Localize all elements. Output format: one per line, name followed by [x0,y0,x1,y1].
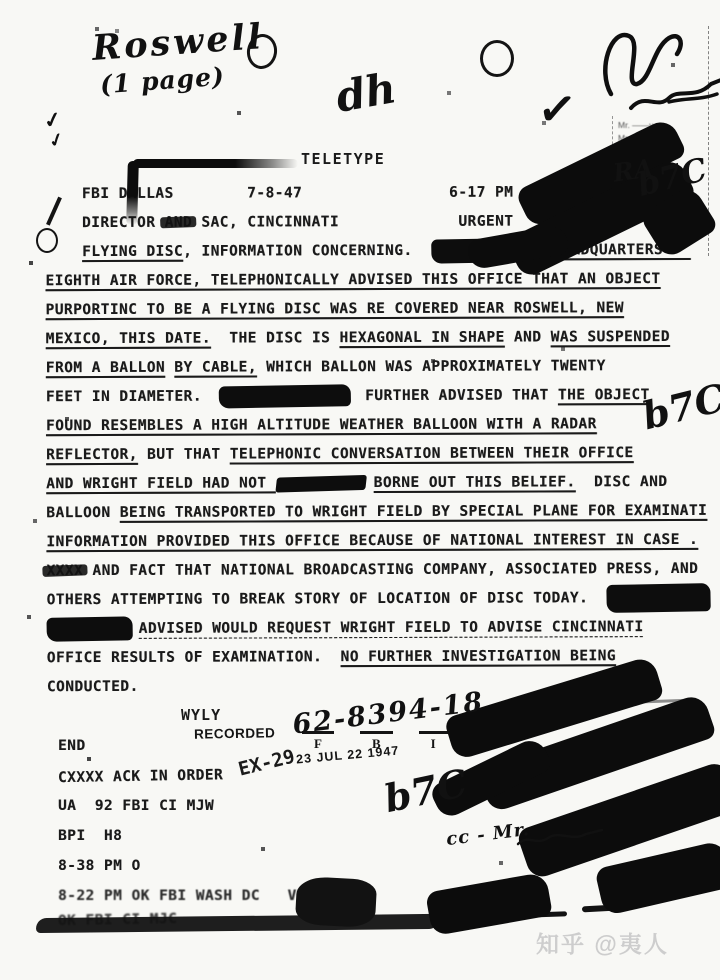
text-segment: NO FURTHER INVESTIGATION BEING [340,648,615,665]
text-segment: FURTHER ADVISED THAT [365,387,558,404]
circle-mark [36,228,58,253]
text-segment: AND WRIGHT FIELD HAD NOT [46,475,276,492]
check-mark-icon: ✓ [46,128,67,153]
text-segment: BEING TRANSPORTED TO WRIGHT FIELD BY SPE… [120,503,708,521]
text-segment: THE OBJECT [558,387,650,403]
text-segment: ADVISED WOULD REQUEST WRIGHT FIELD TO AD… [139,619,644,637]
body-line: EIGHTH AIR FORCE, TELEPHONICALLY ADVISED… [45,265,720,296]
body-line: XXXX AND FACT THAT NATIONAL BROADCASTING… [46,555,720,586]
text-segment: SAC, CINCINNATI [192,214,458,231]
text-segment: FEET IN DIAMETER. [46,389,211,406]
body-line: OTHERS ATTEMPTING TO BREAK STORY OF LOCA… [47,584,720,615]
cc-note-scribble [514,822,614,854]
bracket-mark [133,159,298,168]
text-segment: OFFICE RESULTS OF EXAMINATION. [47,649,341,666]
handwritten-title: Roswell [91,16,266,69]
fbi-stamp-letter: I [419,731,448,752]
watermark: 知乎 @夷人 [536,926,669,959]
text-segment: TELEPHONIC CONVERSATION BETWEEN THEIR OF… [230,445,634,462]
text-segment: BORNE OUT THIS BELIEF. [374,474,576,491]
text-segment: AND [165,215,193,231]
circle-mark [480,40,514,77]
text-segment: FBI DALLAS 7-8-47 6-17 PM [45,185,513,203]
text-segment: BY CABLE, [174,359,257,375]
text-segment: FROM A BALLON [46,360,165,376]
text-segment: XXXX [46,563,83,579]
redaction-mark [425,872,553,937]
footer-line: END [58,738,306,768]
text-segment: WAS SUSPENDED [551,329,670,345]
body-line: AND WRIGHT FIELD HAD NOT BORNE OUT THIS … [46,468,720,499]
teletype-footer: ENDCXXXX ACK IN ORDERUA 92 FBI CI MJWBPI… [58,738,306,941]
text-segment: WHICH BALLON WAS APPROXIMATELY TWENTY [257,358,606,375]
text-segment: DISC AND [576,474,668,490]
scan-noise [0,0,2,2]
body-line: FEET IN DIAMETER. FURTHER ADVISED THAT T… [46,381,720,412]
redaction-bar [606,583,710,613]
text-segment: URGENT [458,214,513,230]
text-segment: BUT THAT [138,447,230,463]
initials-scribble: dh [332,63,400,122]
text-segment: THE DISC IS [211,330,340,346]
body-line: PURPORTINC TO BE A FLYING DISC WAS RE CO… [45,294,720,325]
redaction-bar [46,616,132,641]
bracket-mark [126,161,139,225]
check-mark-icon: ✓ [535,80,579,138]
document-type-heading: TELETYPE [301,150,385,168]
text-segment: DIRECTOR [45,215,164,231]
body-line: FOUND RESEMBLES A HIGH ALTITUDE WEATHER … [46,410,720,441]
text-segment: FOUND RESEMBLES A HIGH ALTITUDE WEATHER … [46,416,597,434]
footer-line: BPI H8 [58,828,306,858]
text-segment: BALLOON [46,505,120,521]
recorded-by-name: WYLY [181,706,221,724]
body-line: BALLOON BEING TRANSPORTED TO WRIGHT FIEL… [46,497,720,528]
text-segment: , INFORMATION CONCERNING. [183,243,431,260]
text-segment: REFLECTOR, [46,447,138,463]
footer-line: CXXXX ACK IN ORDER [58,766,306,800]
body-line: FLYING DISC, INFORMATION CONCERNING. HEA… [45,236,720,267]
handwritten-page-count: (1 page) [99,62,226,100]
footer-line: 8-38 PM O [58,858,306,888]
text-segment: INFORMATION PROVIDED THIS OFFICE BECAUSE… [46,532,698,550]
ink-smear [295,876,377,928]
redaction-bar [219,384,351,408]
signature-scribble [583,14,720,126]
text-segment: FLYING DISC [82,244,183,260]
body-line: MEXICO, THIS DATE. THE DISC IS HEXAGONAL… [46,323,720,354]
body-line: ADVISED WOULD REQUEST WRIGHT FIELD TO AD… [47,613,720,644]
body-line: REFLECTOR, BUT THAT TELEPHONIC CONVERSAT… [46,439,720,470]
text-segment: CONDUCTED. [47,679,139,695]
text-segment: EIGHTH AIR FORCE, TELEPHONICALLY ADVISED… [45,271,660,289]
footer-line: UA 92 FBI CI MJW [58,798,306,828]
text-segment: OTHERS ATTEMPTING TO BREAK STORY OF LOCA… [47,590,607,608]
teletype-body: FBI DALLAS 7-8-47 6-17 PM DIRECTOR AND S… [45,178,720,702]
text-segment [165,360,174,376]
redaction-bar [275,474,367,492]
text-segment: MEXICO, THIS DATE. [46,331,211,348]
text-segment: AND FACT THAT NATIONAL BROADCASTING COMP… [83,561,698,579]
text-segment: AND [505,329,551,345]
body-line: FROM A BALLON BY CABLE, WHICH BALLON WAS… [46,352,720,383]
text-segment: PURPORTINC TO BE A FLYING DISC WAS RE CO… [46,300,624,318]
ink-smear [36,914,438,933]
text-segment: HEXAGONAL IN SHAPE [339,330,504,347]
body-line: INFORMATION PROVIDED THIS OFFICE BECAUSE… [46,526,720,557]
